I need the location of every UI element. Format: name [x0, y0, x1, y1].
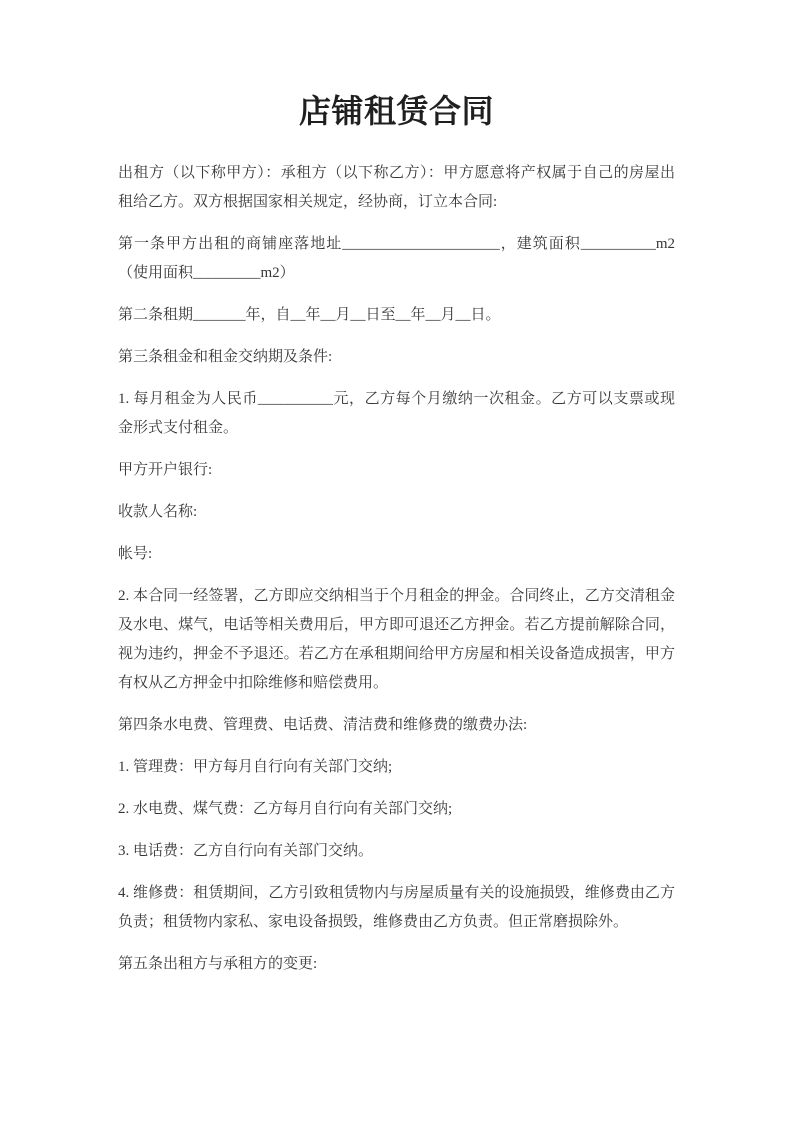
payee-line: 收款人名称:	[118, 498, 675, 527]
text-line: 及水电、煤气，电话等相关费用后，甲方即可退还乙方押金。若乙方提前解除合同，	[118, 611, 675, 640]
contract-title: 店铺租赁合同	[118, 89, 675, 133]
clause-5-header: 第五条出租方与承租方的变更:	[118, 950, 675, 979]
paragraph-parties: 出租方（以下称甲方）：承租方（以下称乙方）：甲方愿意将产权属于自己的房屋出 租给…	[118, 159, 675, 217]
clause-4-item-3-telephone: 3. 电话费：乙方自行向有关部门交纳。	[118, 837, 675, 866]
text-line: 2. 本合同一经签署，乙方即应交纳相当于个月租金的押金。合同终止，乙方交清租金	[118, 582, 675, 611]
clause-3-item-2-deposit: 2. 本合同一经签署，乙方即应交纳相当于个月租金的押金。合同终止，乙方交清租金 …	[118, 582, 675, 698]
text-line: 有权从乙方押金中扣除维修和赔偿费用。	[118, 669, 675, 698]
clause-4-item-2-utilities: 2. 水电费、煤气费：乙方每月自行向有关部门交纳;	[118, 795, 675, 824]
text-line: 4. 维修费：租赁期间，乙方引致租赁物内与房屋质量有关的设施损毁，维修费由乙方	[118, 879, 675, 908]
clause-3-header: 第三条租金和租金交纳期及条件:	[118, 343, 675, 372]
text-line: 金形式支付租金。	[118, 414, 675, 443]
clause-2-term: 第二条租期_______年，自__年__月__日至__年__月__日。	[118, 301, 675, 330]
clause-3-item-1-rent: 1. 每月租金为人民币__________元，乙方每个月缴纳一次租金。乙方可以支…	[118, 385, 675, 443]
text-line: 收款人名称:	[118, 498, 675, 527]
clause-4-item-4-repairs: 4. 维修费：租赁期间，乙方引致租赁物内与房屋质量有关的设施损毁，维修费由乙方 …	[118, 879, 675, 937]
text-line: 视为违约，押金不予退还。若乙方在承租期间给甲方房屋和相关设备造成损害，甲方	[118, 640, 675, 669]
text-line: 第四条水电费、管理费、电话费、清洁费和维修费的缴费办法:	[118, 711, 675, 740]
text-line: 租给乙方。双方根据国家相关规定，经协商，订立本合同:	[118, 188, 675, 217]
text-line: 负责；租赁物内家私、家电设备损毁，维修费由乙方负责。但正常磨损除外。	[118, 908, 675, 937]
bank-line: 甲方开户银行:	[118, 456, 675, 485]
text-line: 出租方（以下称甲方）：承租方（以下称乙方）：甲方愿意将产权属于自己的房屋出	[118, 159, 675, 188]
account-line: 帐号:	[118, 540, 675, 569]
text-line: 2. 水电费、煤气费：乙方每月自行向有关部门交纳;	[118, 795, 675, 824]
text-line: 甲方开户银行:	[118, 456, 675, 485]
clause-1-address-area: 第一条甲方出租的商铺座落地址_____________________，建筑面积…	[118, 230, 675, 288]
text-line: （使用面积_________m2）	[118, 259, 675, 288]
text-line: 1. 每月租金为人民币__________元，乙方每个月缴纳一次租金。乙方可以支…	[118, 385, 675, 414]
clause-4-header: 第四条水电费、管理费、电话费、清洁费和维修费的缴费办法:	[118, 711, 675, 740]
text-line: 第二条租期_______年，自__年__月__日至__年__月__日。	[118, 301, 675, 330]
text-line: 3. 电话费：乙方自行向有关部门交纳。	[118, 837, 675, 866]
text-line: 第五条出租方与承租方的变更:	[118, 950, 675, 979]
text-line: 1. 管理费：甲方每月自行向有关部门交纳;	[118, 753, 675, 782]
contract-document-page: 店铺租赁合同 出租方（以下称甲方）：承租方（以下称乙方）：甲方愿意将产权属于自己…	[0, 0, 793, 1122]
text-line: 帐号:	[118, 540, 675, 569]
text-line: 第一条甲方出租的商铺座落地址_____________________，建筑面积…	[118, 230, 675, 259]
text-line: 第三条租金和租金交纳期及条件:	[118, 343, 675, 372]
clause-4-item-1-management: 1. 管理费：甲方每月自行向有关部门交纳;	[118, 753, 675, 782]
